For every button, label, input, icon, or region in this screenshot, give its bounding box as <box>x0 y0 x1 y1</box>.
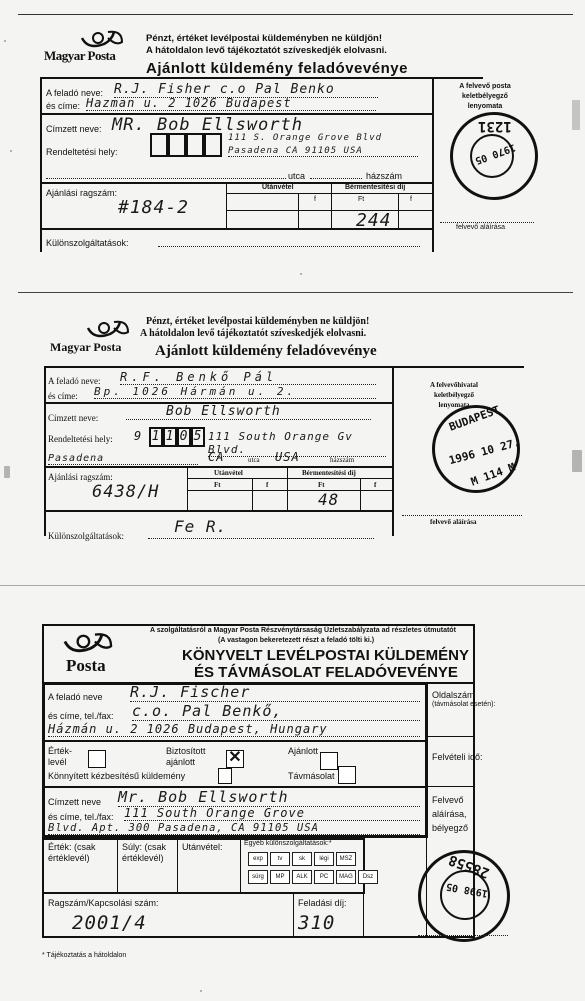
house-number-label: házszám <box>330 456 354 464</box>
clerk-label-2: aláírása, <box>432 809 467 819</box>
zip-prefix[interactable]: 9 <box>134 429 142 443</box>
warning-line-1: Pénzt, értéket levélpostai küldeményben … <box>146 33 382 44</box>
page-number-note: (távmásolat esetén): <box>432 701 495 708</box>
cod-label: Utánvétel <box>262 184 294 191</box>
recipient-name-label: Címzett neve: <box>48 413 98 423</box>
recipient-name-label: Címzett neve <box>48 797 101 807</box>
cod-f-label: f <box>314 196 316 203</box>
sender-address-label: és címe: <box>46 101 80 111</box>
zip-digit-4[interactable]: 5 <box>191 427 205 447</box>
reg-number-label: Ragszám/Kapcsolási szám: <box>48 898 159 908</box>
service-box-dsz[interactable]: Dsz <box>358 870 378 884</box>
reg-number-label: Ajánlási ragszám: <box>46 188 117 198</box>
clerk-signature-label: felvevő aláírása <box>456 224 505 231</box>
sender-address-label: és címe: <box>48 391 78 401</box>
footnote: * Tájékoztatás a hátoldalon <box>42 952 126 959</box>
postage-label: Bérmentesítési díj <box>302 469 356 477</box>
cod-label: Utánvétel: <box>182 842 223 852</box>
registered-checkbox[interactable] <box>320 752 338 770</box>
service-box-mp[interactable]: MP <box>270 870 290 884</box>
brand-label: Posta <box>66 656 106 676</box>
reg-number-field[interactable]: #184-2 <box>118 197 189 218</box>
recipient-name-label: Címzett neve: <box>46 124 102 134</box>
postage-f-label: f <box>410 196 412 203</box>
header-line-2: (A vastagon bekeretezett részt a feladó … <box>218 637 374 644</box>
clerk-signature-label: felvevő aláírása <box>430 518 476 526</box>
value-letter-label: Érték-levél <box>48 746 82 768</box>
sender-address-label: és címe, tel./fax: <box>48 711 114 721</box>
service-box-exp[interactable]: exp <box>248 852 268 866</box>
insured-label: Biztosított ajánlott <box>166 746 234 768</box>
fee-value[interactable]: 310 <box>298 912 335 934</box>
weight-label: Súly: (csak értéklevél) <box>122 842 176 864</box>
service-box-sk[interactable]: sk <box>292 852 312 866</box>
clerk-initials: Fe R. <box>174 517 227 536</box>
service-box-pc[interactable]: PC <box>314 870 334 884</box>
destination-label: Rendeltetési hely: <box>48 434 113 444</box>
service-box-légi[interactable]: légi <box>314 852 334 866</box>
brand-label: Magyar Posta <box>44 48 115 64</box>
recipient-address-field-2[interactable]: Blvd. Apt. 300 Pasadena, CA 91105 USA <box>48 822 420 835</box>
postage-ft-label: Ft <box>318 481 325 489</box>
header-line-1: A szolgáltatásról a Magyar Posta Részvén… <box>150 627 456 634</box>
registered-label: Ajánlott <box>288 746 318 756</box>
warning-line-2: A hátoldalon levő tájékoztatót szívesked… <box>146 45 387 56</box>
fax-label: Távmásolat <box>288 771 335 781</box>
warning-line-1: Pénzt, értéket levélpostai küldeményben … <box>146 316 369 327</box>
simplified-delivery-label: Könnyített kézbesítésű küldemény <box>48 771 185 781</box>
sender-address-field[interactable]: Hazman u. 2 1026 Budapest <box>86 96 376 111</box>
destination-city[interactable]: Pasadena <box>48 453 198 465</box>
special-services-label: Különszolgáltatások: <box>46 238 129 248</box>
reg-number-field[interactable]: 2001/4 <box>72 912 147 934</box>
sender-name-label: A feladó neve <box>48 692 103 702</box>
postage-ft-label: Ft <box>358 196 364 203</box>
warning-line-2: A hátoldalon levő tájékoztatót szívesked… <box>140 328 366 339</box>
stamp-code: 1231 <box>478 118 512 134</box>
cod-ft-label: Ft <box>214 481 221 489</box>
special-services-label: Különszolgáltatások: <box>48 531 124 541</box>
sender-address-field[interactable]: Bp. 1026 Hármán u. 2. <box>94 385 376 399</box>
value-label: Érték: (csak értéklevél) <box>48 842 114 864</box>
postage-value[interactable]: 48 <box>318 490 339 509</box>
service-box-mag[interactable]: MAG <box>336 870 356 884</box>
zip-digit-3[interactable]: 0 <box>177 427 191 447</box>
street-label: utca <box>288 171 305 181</box>
postage-label: Bérmentesítési díj <box>345 184 405 191</box>
cod-f-label: f <box>266 481 268 489</box>
value-letter-checkbox[interactable] <box>88 750 106 768</box>
form-title: Ajánlott küldemény feladóvevénye <box>155 343 377 360</box>
zip-digit-2[interactable]: 1 <box>163 427 177 447</box>
recipient-name-field[interactable]: Mr. Bob Ellsworth <box>118 788 420 807</box>
cod-label: Utánvétel <box>214 469 243 477</box>
destination-state[interactable]: CA <box>208 450 224 464</box>
simplified-delivery-checkbox[interactable] <box>218 768 232 784</box>
destination-label: Rendeltetési hely: <box>46 147 118 157</box>
reg-number-field[interactable]: 6438/H <box>92 482 159 502</box>
postage-f-label: f <box>374 481 376 489</box>
pickup-time-label: Felvételi idő: <box>432 752 483 762</box>
zip-digit-1[interactable]: 1 <box>149 427 163 447</box>
street-label: utca <box>248 456 260 464</box>
service-box-msz[interactable]: MSZ <box>336 852 356 866</box>
service-box-alk[interactable]: ALK <box>292 870 312 884</box>
form-title-line-2: ÉS TÁVMÁSOLAT FELADÓVEVÉNYE <box>194 664 458 681</box>
sender-name-label: A feladó neve: <box>48 376 100 386</box>
house-number-label: házszám <box>366 171 402 181</box>
destination-line-2[interactable]: Pasadena CA 91105 USA <box>228 146 418 157</box>
clerk-label-1: Felvevő <box>432 795 464 805</box>
destination-line-1[interactable]: 111 S. Orange Grove Blvd <box>228 133 382 143</box>
sender-name-field[interactable]: R.F. Benkő Pál <box>120 370 376 385</box>
fax-checkbox[interactable] <box>338 766 356 784</box>
insured-checkbox[interactable]: ✕ <box>226 750 244 768</box>
form-title: Ajánlott küldemény feladóvevénye <box>146 60 408 77</box>
clerk-label-3: bélyegző <box>432 823 468 833</box>
stamp-note: A felvevő posta keletbélyegző lenyomata <box>450 82 520 112</box>
recipient-name-field[interactable]: Bob Ellsworth <box>126 404 371 420</box>
form-title-line-1: KÖNYVELT LEVÉLPOSTAI KÜLDEMÉNY <box>182 647 469 664</box>
recipient-address-label: és címe, tel./fax: <box>48 812 114 822</box>
reg-number-label: Ajánlási ragszám: <box>48 472 113 482</box>
service-box-sürg[interactable]: sürg <box>248 870 268 884</box>
sender-address-field-1[interactable]: c.o. Pal Benkő, <box>132 702 420 721</box>
fee-label: Feladási díj: <box>298 898 347 908</box>
sender-address-field-2[interactable]: Házmán u. 2 1026 Budapest, Hungary <box>48 722 420 737</box>
recipient-address-field-1[interactable]: 111 South Orange Grove <box>124 806 420 821</box>
destination-country[interactable]: USA <box>275 450 300 464</box>
recipient-name-field[interactable]: MR. Bob Ellsworth <box>112 115 303 135</box>
page-number-label: Oldalszám <box>432 690 475 700</box>
other-services-label: Egyéb különszolgáltatások:* <box>244 840 332 847</box>
brand-label: Magyar Posta <box>50 340 121 355</box>
sender-name-field[interactable]: R.J. Fischer <box>130 683 420 702</box>
service-box-tv[interactable]: tv <box>270 852 290 866</box>
